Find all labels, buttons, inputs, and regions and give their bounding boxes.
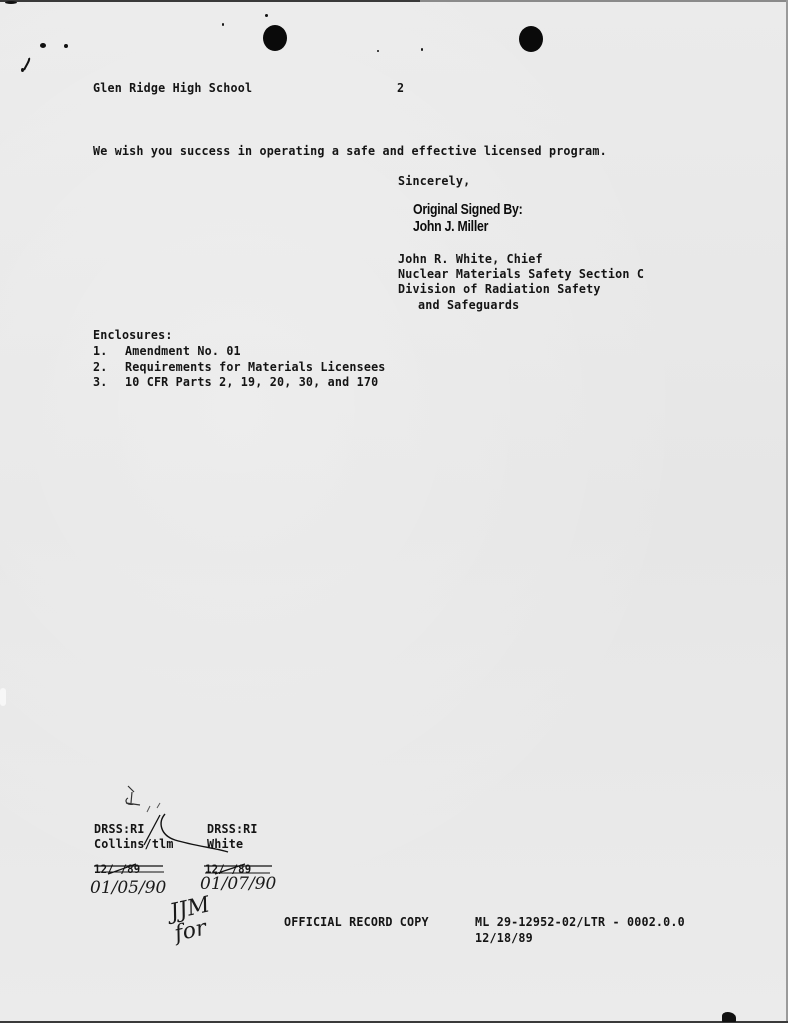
concurrence-name-2: White — [207, 836, 243, 851]
enclosure-number: 2. — [93, 359, 107, 374]
concurrence-office-2: DRSS:RI — [207, 821, 258, 836]
closing-sentence: We wish you success in operating a safe … — [93, 143, 607, 158]
signatory-division-line1: Division of Radiation Safety — [398, 281, 601, 296]
enclosure-item: 10 CFR Parts 2, 19, 20, 30, and 170 — [125, 374, 378, 389]
handwritten-date-2: 01/07/90 — [200, 874, 276, 894]
scanned-letter-page: Glen Ridge High School 2 We wish you suc… — [0, 0, 788, 1023]
signature-stamp-line2: John J. Miller — [413, 218, 488, 235]
enclosure-item: Requirements for Materials Licensees — [125, 359, 386, 374]
concurrence-name-1: Collins/tlm — [94, 836, 174, 851]
enclosures-heading: Enclosures: — [93, 327, 173, 342]
enclosure-item: Amendment No. 01 — [125, 343, 241, 358]
salutation: Sincerely, — [398, 173, 470, 188]
handwritten-date-1: 01/05/90 — [90, 878, 166, 898]
official-record-label: OFFICIAL RECORD COPY — [284, 914, 429, 929]
enclosure-number: 1. — [93, 343, 107, 358]
concurrence-office-1: DRSS:RI — [94, 821, 145, 836]
signature-stamp-line1: Original Signed By: — [413, 201, 522, 218]
signatory-division-line2: and Safeguards — [418, 297, 519, 312]
page-number: 2 — [397, 80, 404, 95]
addressee-header: Glen Ridge High School — [93, 80, 252, 95]
signatory-name-title: John R. White, Chief — [398, 251, 543, 266]
document-id: ML 29-12952-02/LTR - 0002.0.0 — [475, 914, 685, 929]
signatory-section: Nuclear Materials Safety Section C — [398, 266, 644, 281]
concurrence-date-struck-1: 12/ /89 — [94, 862, 140, 877]
document-date: 12/18/89 — [475, 930, 533, 945]
enclosure-number: 3. — [93, 374, 107, 389]
